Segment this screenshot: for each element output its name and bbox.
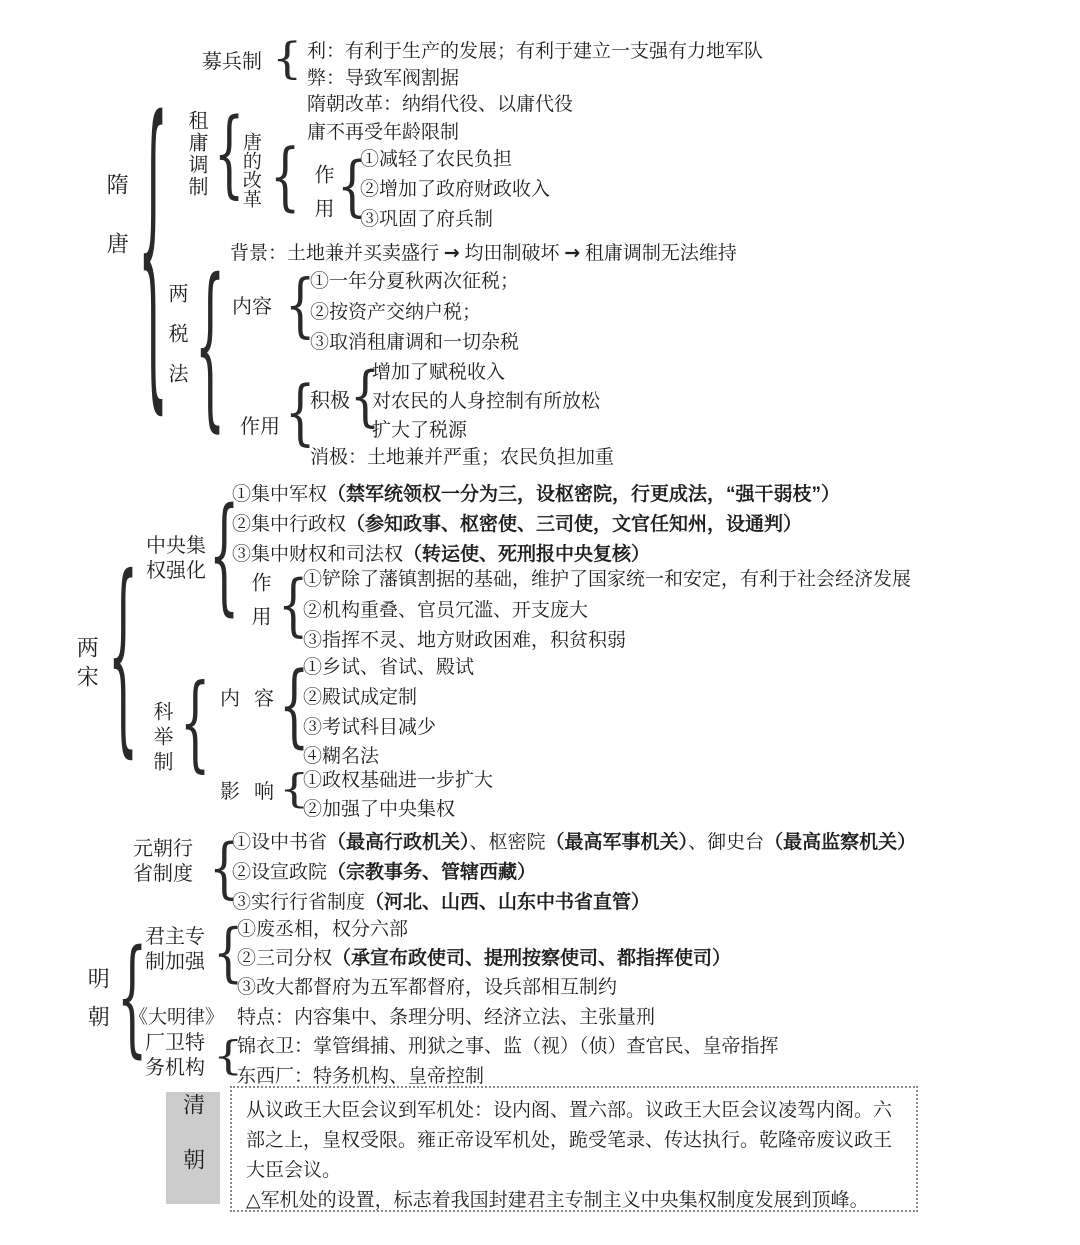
line-dongxichang: 东西厂：特务机构、皇帝控制 xyxy=(237,1066,484,1088)
line-central-1: ①集中军权（禁军统领权一分为三，设枢密院，行更成法，“强干弱枝”） xyxy=(232,484,840,506)
node-changwei: 厂卫特务机构 xyxy=(145,1031,211,1081)
line-central-effect-3: ③指挥不灵、地方财政困难，积贫积弱 xyxy=(303,630,626,652)
line-negative: 消极：土地兼并严重；农民负担加重 xyxy=(310,447,614,469)
line-keju-content-1: ①乡试、省试、殿试 xyxy=(303,657,474,679)
line-central-3: ③集中财权和司法权（转运使、死刑报中央复核） xyxy=(232,544,650,566)
line-sui-reform: 隋朝改革：纳绢代役、以庸代役 xyxy=(307,94,573,116)
line-keju-impact-1: ①政权基础进一步扩大 xyxy=(303,770,493,792)
line-yuan-3: ③实行行省制度（河北、山西、山东中书省直管） xyxy=(232,892,650,914)
line-keju-content-2: ②殿试成定制 xyxy=(303,687,417,709)
node-keju-impact: 影响 xyxy=(220,781,288,804)
node-two-tax-effect: 作用 xyxy=(240,416,280,439)
node-two-tax-positive: 积极 xyxy=(310,390,350,413)
node-keju-content: 内容 xyxy=(220,688,288,711)
line-mubingzhi-pros: 利：有利于生产的发展；有利于建立一支强有力地军队 xyxy=(307,41,763,63)
node-two-tax: 两税法 xyxy=(164,283,187,403)
line-two-tax-content-3: ③取消租庸调和一切杂税 xyxy=(310,332,519,354)
qing-summary-text: 从议政王大臣会议到军机处：设内阁、置六部。议政王大臣会议凌驾内阁。六部之上，皇权… xyxy=(246,1096,904,1186)
line-tang-effect-2: ②增加了政府财政收入 xyxy=(360,179,550,201)
tree-brace: { xyxy=(274,32,300,86)
line-keju-content-4: ④糊名法 xyxy=(303,746,379,768)
tree-brace: { xyxy=(119,920,145,1078)
node-yuan-xingsheng: 元朝行省制度 xyxy=(133,837,199,887)
line-yuan-1: ①设中书省（最高行政机关）、枢密院（最高军事机关）、御史台（最高监察机关） xyxy=(232,832,916,854)
node-autocracy: 君主专制加强 xyxy=(145,925,211,975)
node-tang-effect: 作用 xyxy=(310,164,333,232)
node-central-effect: 作用 xyxy=(247,572,270,640)
tree-brace: { xyxy=(197,237,223,459)
node-mubingzhi: 募兵制 xyxy=(202,51,262,74)
line-keju-content-3: ③考试科目减少 xyxy=(303,717,436,739)
dynasty-label-ming: 明朝 xyxy=(85,967,110,1043)
node-central-power: 中央集权强化 xyxy=(146,534,212,584)
line-central-effect-2: ②机构重叠、官员冗滥、开支庞大 xyxy=(303,600,588,622)
qing-summary-box: 从议政王大臣会议到军机处：设内阁、置六部。议政王大臣会议凌驾内阁。六部之上，皇权… xyxy=(230,1086,918,1212)
line-mubingzhi-cons: 弊：导致军阀割据 xyxy=(307,68,459,90)
node-two-tax-content: 内容 xyxy=(232,296,272,319)
line-two-tax-content-2: ②按资产交纳户税； xyxy=(310,302,481,324)
tree-brace: { xyxy=(140,44,166,462)
node-daminglv: 《大明律》 xyxy=(129,1007,224,1029)
line-yuan-2: ②设宣政院（宗教事务、管辖西藏） xyxy=(232,862,536,884)
line-tang-reform-note: 庸不再受年龄限制 xyxy=(307,122,459,144)
node-tang-reform: 唐的改革 xyxy=(239,132,261,208)
qing-summary-note: △军机处的设置，标志着我国封建君主专制主义中央集权制度发展到顶峰。 xyxy=(246,1186,904,1216)
dynasty-label-sui-tang: 隋唐 xyxy=(104,173,129,291)
tree-brace: { xyxy=(110,527,136,789)
line-two-tax-content-1: ①一年分夏秋两次征税； xyxy=(310,271,519,293)
line-positive-1: 增加了赋税收入 xyxy=(372,362,505,384)
line-tang-effect-1: ①减轻了农民负担 xyxy=(360,149,512,171)
line-positive-3: 扩大了税源 xyxy=(372,420,467,442)
line-daminglv-desc: 特点：内容集中、条理分明、经济立法、主张量刑 xyxy=(237,1007,655,1029)
line-two-tax-background: 背景：土地兼并买卖盛行 → 均田制破坏 → 租庸调制无法维持 xyxy=(230,243,737,265)
line-central-effect-1: ①铲除了藩镇割据的基础，维护了国家统一和安定，有利于社会经济发展 xyxy=(303,569,911,591)
dynasty-label-song: 两宋 xyxy=(74,636,99,694)
line-tang-effect-3: ③巩固了府兵制 xyxy=(360,209,493,231)
line-positive-2: 对农民的人身控制有所放松 xyxy=(372,391,600,413)
line-central-2: ②集中行政权（参知政事、枢密使、三司使，文官任知州，设通判） xyxy=(232,514,802,536)
dynasty-box-qing: 清朝 xyxy=(166,1092,220,1204)
tree-brace: { xyxy=(272,131,298,224)
line-jinyiwei: 锦衣卫：掌管缉捕、刑狱之事、监（视）（侦）查官民、皇帝指挥 xyxy=(237,1036,779,1058)
node-zuyongdiao: 租庸调制 xyxy=(184,110,207,198)
tree-brace: { xyxy=(182,659,208,789)
node-keju: 科举制 xyxy=(149,701,172,776)
line-autocracy-1: ①废丞相，权分六部 xyxy=(237,919,408,941)
dynasty-label-qing: 清朝 xyxy=(180,1093,205,1203)
line-autocracy-3: ③改大都督府为五军都督府，设兵部相互制约 xyxy=(237,977,617,999)
line-keju-impact-2: ②加强了中央集权 xyxy=(303,799,455,821)
line-autocracy-2: ②三司分权（承宣布政使司、提刑按察使司、都指挥使司） xyxy=(237,948,731,970)
tree-brace: { xyxy=(287,369,313,458)
